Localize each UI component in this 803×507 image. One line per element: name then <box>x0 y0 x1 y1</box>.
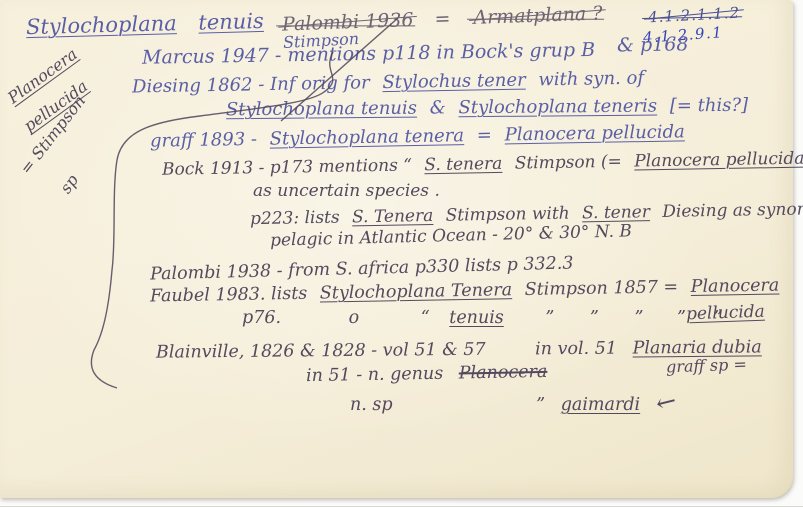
ampersand: & <box>430 97 446 118</box>
diesing-tail: with syn. of <box>538 68 644 91</box>
p223-lead: p223: lists <box>250 208 340 230</box>
graff-equals: = <box>477 125 492 146</box>
faubel-genus-2: Planocera <box>691 276 780 298</box>
left-arrow-icon: ← <box>653 386 679 418</box>
bock-species-1: S. tenera <box>424 154 502 175</box>
ditto-mark: ” <box>634 308 643 328</box>
blainville3-lead: n. sp <box>350 395 393 415</box>
catalog-number-crossed: 4.1.2.1.1.2 <box>648 4 741 27</box>
synonym-species-1: Stylochoplana tenuis <box>226 98 417 121</box>
entry-bock-note: as uncertain species . <box>253 181 440 201</box>
p223-tail: Diesing as synonym. <box>662 199 803 222</box>
blainville2-genus-crossed: Planocera <box>459 362 548 384</box>
heading-species-title: Stylochoplana tenuis <box>26 9 264 39</box>
entry-graff-1893: graff 1893 - Stylochoplana tenera = Plan… <box>150 121 685 151</box>
faubel-mid: Stimpson 1857 = <box>524 277 678 300</box>
entry-bock-1913: Bock 1913 - p173 mentions “ S. tenera St… <box>162 148 803 180</box>
bock-lead: Bock 1913 - p173 mentions “ <box>162 155 412 179</box>
margin-note-sp: sp <box>56 171 82 197</box>
entry-diesing-1862: Diesing 1862 - Inf orig for Stylochus te… <box>132 68 644 98</box>
catalog-number-crossed-row: 4.1.2.1.1.2 <box>648 4 741 27</box>
heading-species: tenuis <box>198 9 264 35</box>
blainville-mid: in vol. 51 <box>535 339 617 360</box>
bock-species-2: Planocera pellucida <box>634 149 803 172</box>
diesing-species: Stylochus tener <box>382 70 526 93</box>
equals-sign: = <box>434 8 451 31</box>
faubel-species-1: Stylochoplana Tenera <box>320 280 513 303</box>
blainville2-lead: in 51 - n. genus <box>306 364 444 386</box>
index-card: Stylochoplana tenuis Palombi 1936 = Arma… <box>0 0 793 498</box>
entry-diesing-synonyms: Stylochoplana tenuis & Stylochoplana ten… <box>226 95 748 121</box>
entry-blainville-nsp: n. sp ” gaimardi ← <box>350 388 676 416</box>
ditto-mark: ” <box>590 308 599 328</box>
graff-species-1: Stylochoplana tenera <box>270 125 465 149</box>
entry-faubel-ditto-row: p76. o “ tenuis ” ” ” ” ” <box>242 308 722 328</box>
heading-genus: Stylochoplana <box>26 11 177 39</box>
diesing-lead: Diesing 1862 - Inf orig for <box>132 72 370 97</box>
blainville3-species: gaimardi <box>561 395 640 415</box>
ditto-mark: ” <box>714 308 723 328</box>
graff-lead: graff 1893 - <box>150 129 257 152</box>
entry-marcus-1947: Marcus 1947 - mentions p118 in Bock's gr… <box>142 37 689 69</box>
blainville-lead: Blainville, 1826 & 1828 - vol 51 & 57 <box>156 340 486 363</box>
faubel-species-tenuis: tenuis <box>449 308 504 328</box>
p223-species-1: S. Tenera <box>352 206 434 227</box>
entry-marcus-pages: & p168 <box>617 33 689 56</box>
entry-marcus-text: Marcus 1947 - mentions p118 in Bock's gr… <box>142 39 595 69</box>
entry-blainville-genus: in 51 - n. genus Planocera <box>306 362 548 386</box>
scanned-index-card-page: Stylochoplana tenuis Palombi 1936 = Arma… <box>0 0 803 507</box>
faubel-ditto-o: o <box>349 308 360 328</box>
synonym-species-2: Stylochoplana teneris <box>458 96 657 119</box>
graff-sp-annotation: graff sp = <box>666 355 747 377</box>
crossed-alternative-name: Armatplana ? <box>473 2 603 28</box>
faubel-open-quote: “ <box>421 308 430 328</box>
synonym-note: [= this?] <box>670 95 749 117</box>
graff-species-2: Planocera pellucida <box>504 121 685 145</box>
ditto-mark: ” <box>536 395 545 415</box>
ditto-mark: ” <box>545 308 554 328</box>
faubel-page: p76. <box>242 308 281 328</box>
faubel-lead: Faubel 1983. lists <box>150 284 308 307</box>
bock-mid: Stimpson (= <box>515 152 622 174</box>
ditto-mark: ” <box>677 308 686 328</box>
p223-species-2: S. tener <box>582 202 650 223</box>
